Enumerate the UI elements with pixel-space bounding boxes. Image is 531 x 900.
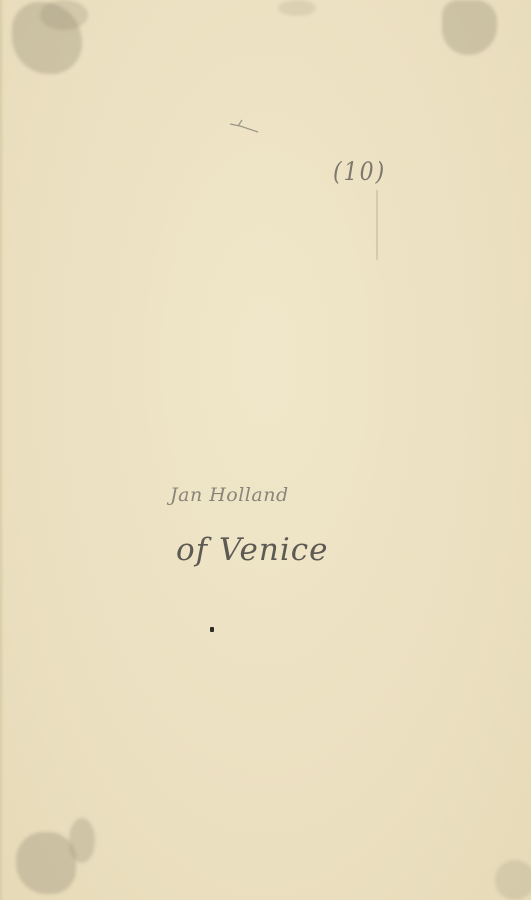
faint-pencil-line	[376, 190, 378, 260]
stain-top-right	[442, 0, 497, 55]
stain-bottom-left-small	[69, 818, 95, 863]
paper-edge	[0, 0, 4, 900]
stain-bottom-left	[16, 832, 76, 894]
inscription-name: Jan Holland	[170, 484, 289, 506]
paper-sheet: (10) Jan Holland of Venice	[0, 0, 531, 900]
stain-bottom-right	[495, 860, 531, 900]
inscription-place: of Venice	[176, 532, 328, 568]
stain-top-center	[278, 0, 316, 16]
pencil-tick-mark-icon	[228, 118, 262, 134]
ink-dot	[210, 627, 214, 632]
stain-top-left-small	[40, 0, 88, 30]
page-number: (10)	[333, 158, 386, 187]
